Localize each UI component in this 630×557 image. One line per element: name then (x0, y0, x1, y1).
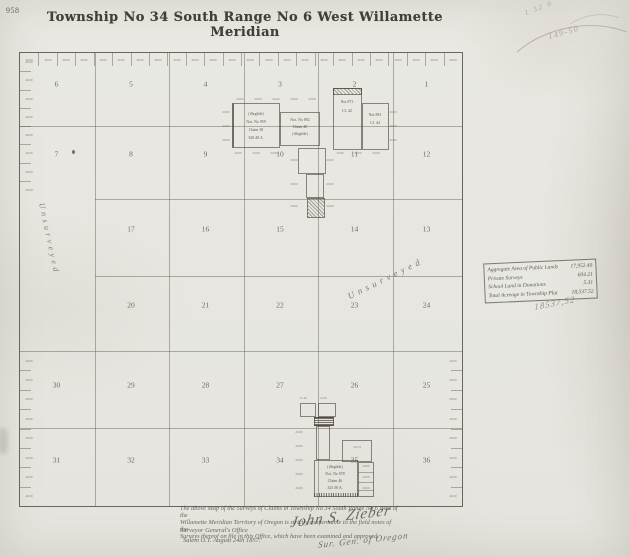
tick-label: 40.00 (25, 359, 32, 363)
tick-label: 40.00 (265, 58, 272, 62)
tick-separator (20, 370, 31, 371)
tick-separator (20, 467, 31, 468)
tick-label: 40.00 (339, 58, 346, 62)
tick-label: 40.00 (449, 398, 456, 402)
section-number: 26 (351, 381, 359, 390)
tick-label: 40.00 (25, 475, 32, 479)
tick-label: 40.00 (25, 115, 32, 119)
micro-tick-label: 20.00 (222, 138, 229, 142)
tick-separator (451, 487, 462, 488)
tick-label: 40.00 (191, 58, 198, 62)
micro-tick-label: 20.00 (295, 430, 302, 434)
tick-separator (444, 53, 445, 66)
tick-label: 40.00 (25, 188, 32, 192)
tick-separator (259, 53, 260, 66)
margin-smudge (0, 428, 8, 454)
tick-separator (20, 429, 31, 430)
micro-tick-label: 20.00 (290, 97, 297, 101)
tick-separator (370, 53, 371, 66)
page-corner-number: 958 (6, 6, 20, 15)
section-number: 7 (55, 150, 59, 159)
claim-line: Not. No 959 (246, 120, 265, 124)
tick-separator (149, 53, 150, 66)
tick-label: 40.00 (228, 58, 235, 62)
micro-tick-label: 20.00 (272, 97, 279, 101)
tick-separator (358, 472, 374, 473)
tick-label: 40.00 (44, 58, 51, 62)
micro-tick-label: 20.00 (290, 204, 297, 208)
tick-separator (451, 390, 462, 391)
micro-tick-label: 20.00 (354, 151, 361, 155)
ink-blot (72, 150, 75, 154)
claim-block (362, 103, 389, 150)
section-number: 17 (127, 225, 135, 234)
claim-line: 320.40 A. (248, 136, 263, 140)
section-number: 13 (423, 225, 431, 234)
section-number: 22 (276, 301, 284, 310)
tick-label: 40.00 (283, 58, 290, 62)
tick-label: 40.00 (25, 417, 32, 421)
section-number: 14 (351, 225, 359, 234)
tick-separator (20, 90, 31, 91)
tick-separator (20, 409, 31, 410)
section-number: 23 (351, 301, 359, 310)
micro-tick-label: 20.00 (222, 124, 229, 128)
tick-label: 40.00 (25, 79, 32, 83)
micro-tick-label: 20.00 (389, 110, 396, 114)
tick-label: 40.00 (449, 456, 456, 460)
micro-tick-label: 20.00 (234, 151, 241, 155)
tick-label: 40.00 (449, 475, 456, 479)
tick-separator (94, 53, 95, 66)
micro-tick-label: 20.00 (290, 182, 297, 186)
tick-separator (204, 53, 205, 66)
tick-separator (20, 390, 31, 391)
section-number: 27 (276, 381, 284, 390)
date-line: Salem O.T. August 24th 1857. (183, 537, 261, 544)
section-number: 6 (55, 80, 59, 89)
claim-block-hatched-edge (333, 88, 362, 95)
claim-line: Not. No 978 (325, 472, 344, 476)
section-number: 1 (425, 80, 429, 89)
tick-label: 40.00 (62, 58, 69, 62)
section-number: 36 (423, 456, 431, 465)
tick-separator (388, 53, 389, 66)
micro-tick-label: 20.00 (362, 475, 369, 479)
tick-label: 40.00 (99, 58, 106, 62)
claim-block (300, 403, 316, 417)
claim-side-label: 24.74 (353, 445, 360, 449)
tick-label: 40.00 (25, 97, 32, 101)
claim-line: Not 871 (341, 100, 354, 104)
section-number: 12 (423, 150, 431, 159)
section-number: 29 (127, 381, 135, 390)
micro-tick-label: 20.00 (295, 444, 302, 448)
acreage-summary-table: Aggregate Area of Public Lands17,952.40P… (483, 259, 598, 304)
tick-label: 40.00 (375, 58, 382, 62)
section-number: 31 (53, 456, 61, 465)
claim-line: Not 881 (369, 113, 382, 117)
claim-block (232, 103, 280, 148)
tick-label: 40.00 (449, 378, 456, 382)
section-number: 21 (202, 301, 210, 310)
micro-tick-label: 20.00 (290, 158, 297, 162)
tick-label: 40.00 (25, 398, 32, 402)
tick-separator (167, 53, 168, 66)
tick-separator (358, 482, 374, 483)
claim-line: (illegible) (248, 112, 263, 116)
section-number: 24 (423, 301, 431, 310)
micro-tick-label: 20.00 (362, 464, 369, 468)
tick-separator (241, 53, 242, 66)
section-number: 4 (204, 80, 208, 89)
tick-separator (278, 53, 279, 66)
claim-block (318, 403, 336, 417)
tick-label: 40.00 (394, 58, 401, 62)
tick-label: 40.00 (25, 60, 32, 64)
section-number: 35 (351, 456, 359, 465)
tick-label: 40.00 (25, 456, 32, 460)
section-number: 33 (202, 456, 210, 465)
section-line (95, 199, 462, 200)
section-number: 34 (276, 456, 284, 465)
tick-separator (20, 163, 31, 164)
plat-map-page: 958 Township No 34 South Range No 6 West… (0, 0, 630, 557)
section-number: 2 (353, 80, 357, 89)
micro-tick-label: 20.00 (270, 151, 277, 155)
claim-line: Cl. 42 (342, 109, 352, 113)
micro-tick-label: 20.00 (372, 151, 379, 155)
section-line (95, 276, 462, 277)
tick-label: 40.00 (449, 58, 456, 62)
claim-block (306, 174, 324, 198)
tick-label: 40.00 (25, 495, 32, 499)
claim-bar-hatched (314, 417, 334, 426)
section-number: 15 (276, 225, 284, 234)
claim-block-hatched (307, 198, 325, 218)
tick-separator (112, 53, 113, 66)
micro-tick-label: 20.00 (326, 158, 333, 162)
claim-line: Cl. 44 (370, 121, 380, 125)
micro-tick-label: 20.00 (236, 97, 243, 101)
tick-separator (451, 409, 462, 410)
tick-separator (20, 181, 31, 182)
section-number: 8 (129, 150, 133, 159)
tick-label: 40.00 (412, 58, 419, 62)
tick-separator (186, 53, 187, 66)
tick-separator (451, 429, 462, 430)
claim-line: Claim 46 (328, 479, 342, 483)
tick-separator (358, 490, 374, 491)
section-line (20, 351, 462, 352)
micro-tick-label: 20.00 (326, 204, 333, 208)
surveyor-office-line: Surveyor General's Office (180, 527, 248, 534)
tick-separator (223, 53, 224, 66)
tick-label: 40.00 (247, 58, 254, 62)
claim-block (298, 148, 326, 174)
claim-line: (illegible) (327, 465, 342, 469)
tick-separator (425, 53, 426, 66)
claim-block (333, 88, 362, 150)
section-number: 28 (202, 381, 210, 390)
tick-label: 40.00 (449, 417, 456, 421)
tick-separator (352, 53, 353, 66)
micro-tick-label: 20.00 (295, 486, 302, 490)
micro-tick-label: 20.00 (295, 458, 302, 462)
tick-label: 40.00 (25, 133, 32, 137)
tick-label: 40.00 (357, 58, 364, 62)
section-line (20, 428, 462, 429)
tick-separator (451, 448, 462, 449)
claim-block (316, 426, 330, 460)
claim-line: 325.50 A. (327, 486, 342, 490)
claim-line: Claim 38 (249, 128, 263, 132)
micro-tick-label: 20.00 (308, 97, 315, 101)
section-line (169, 53, 170, 506)
tick-separator (57, 53, 58, 66)
claim-south-hatch-line (314, 493, 358, 497)
tick-label: 40.00 (25, 378, 32, 382)
tick-label: 40.00 (173, 58, 180, 62)
tick-separator (131, 53, 132, 66)
micro-tick-label: 20.00 (254, 97, 261, 101)
micro-tick-label: 20.00 (222, 110, 229, 114)
tick-separator (451, 467, 462, 468)
section-number: 3 (278, 80, 282, 89)
page-title: Township No 34 South Range No 6 West Wil… (40, 10, 450, 40)
claim-line: Not. No 892 (290, 118, 309, 122)
tick-separator (75, 53, 76, 66)
section-number: 30 (53, 381, 61, 390)
micro-tick-label: 20.00 (295, 472, 302, 476)
micro-tick-label: 14.50 (319, 396, 326, 400)
section-number: 5 (129, 80, 133, 89)
micro-tick-label: 20.00 (336, 151, 343, 155)
micro-tick-label: 20.00 (389, 124, 396, 128)
tick-separator (20, 487, 31, 488)
tick-separator (38, 53, 39, 66)
tick-label: 40.00 (210, 58, 217, 62)
tick-label: 40.00 (449, 359, 456, 363)
tick-separator (20, 71, 31, 72)
section-number: 32 (127, 456, 135, 465)
tick-separator (20, 448, 31, 449)
tick-label: 40.00 (154, 58, 161, 62)
tick-label: 40.00 (136, 58, 143, 62)
tick-label: 40.00 (81, 58, 88, 62)
section-number: 25 (423, 381, 431, 390)
tick-label: 40.00 (302, 58, 309, 62)
tick-label: 40.00 (320, 58, 327, 62)
tick-separator (315, 53, 316, 66)
section-number: 16 (202, 225, 210, 234)
pencil-flourish-stroke (515, 10, 630, 55)
tick-separator (407, 53, 408, 66)
micro-tick-label: 20.00 (389, 138, 396, 142)
tick-separator (451, 370, 462, 371)
claim-line: (illegible) (292, 132, 307, 136)
tick-separator (20, 126, 31, 127)
tick-separator (333, 53, 334, 66)
section-line (95, 53, 96, 506)
tick-label: 40.00 (25, 152, 32, 156)
tick-label: 40.00 (449, 495, 456, 499)
micro-tick-label: 20.00 (326, 182, 333, 186)
tick-separator (20, 108, 31, 109)
section-number: 20 (127, 301, 135, 310)
micro-tick-label: 11.30 (299, 396, 306, 400)
tick-label: 40.00 (118, 58, 125, 62)
tick-label: 40.00 (25, 170, 32, 174)
tick-label: 40.00 (449, 436, 456, 440)
section-number: 9 (204, 150, 208, 159)
claim-line: Claim 40 (293, 125, 307, 129)
micro-tick-label: 20.00 (252, 151, 259, 155)
tick-label: 40.00 (25, 436, 32, 440)
tick-separator (296, 53, 297, 66)
tick-separator (20, 144, 31, 145)
tick-label: 40.00 (431, 58, 438, 62)
